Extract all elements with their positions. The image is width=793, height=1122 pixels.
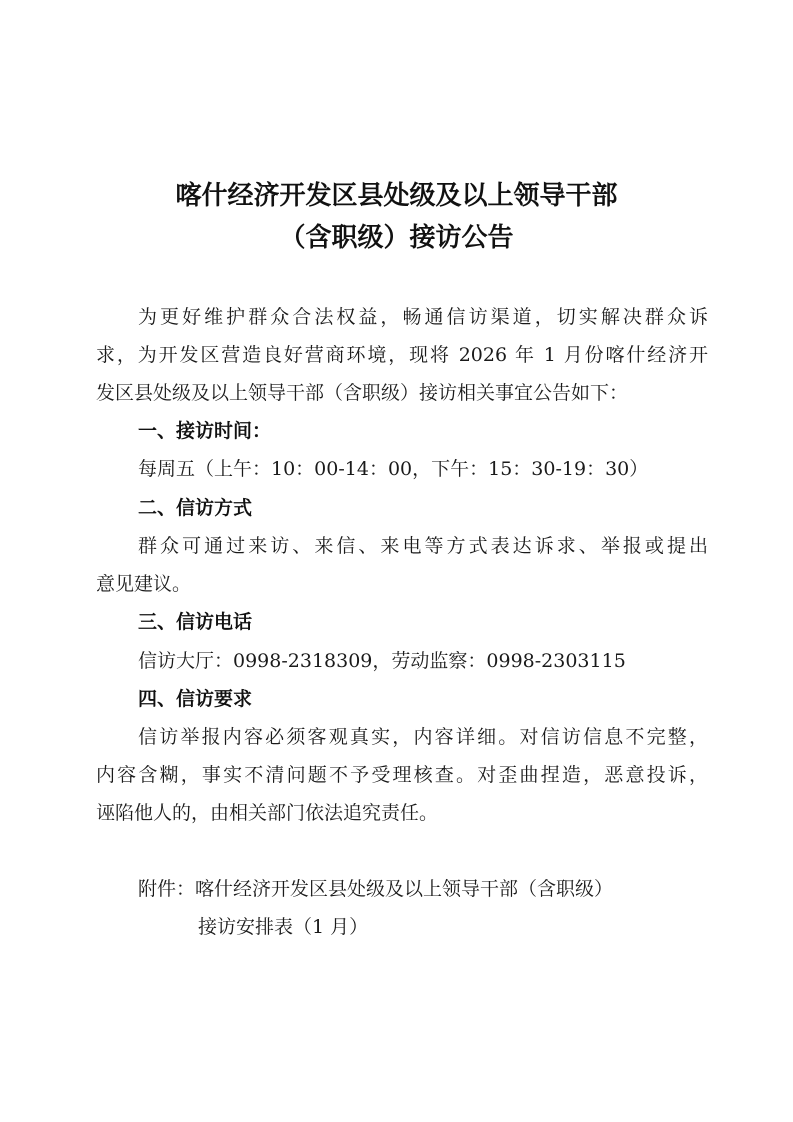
- petition-requirements-line-3: 诬陷他人的，由相关部门依法追究责任。: [96, 800, 438, 826]
- document-title-line-1: 喀什经济开发区县处级及以上领导干部: [0, 180, 793, 212]
- section-heading-petition-requirements: 四、信访要求: [138, 686, 252, 712]
- attachment-line-1: 附件：喀什经济开发区县处级及以上领导干部（含职级）: [138, 876, 613, 902]
- petition-requirements-line-1: 信访举报内容必须客观真实，内容详细。对信访信息不完整，: [138, 724, 708, 750]
- attachment-line-2: 接访安排表（1 月）: [198, 914, 368, 940]
- document-page: 喀什经济开发区县处级及以上领导干部 （含职级）接访公告 为更好维护群众合法权益，…: [0, 0, 793, 1122]
- document-title-line-2: （含职级）接访公告: [0, 222, 793, 254]
- petition-methods-line-1: 群众可通过来访、来信、来电等方式表达诉求、举报或提出: [138, 533, 708, 559]
- section-heading-reception-time: 一、接访时间：: [138, 418, 271, 444]
- intro-paragraph-line-2: 求，为开发区营造良好营商环境，现将 2026 年 1 月份喀什经济开: [96, 342, 708, 368]
- intro-paragraph-line-3: 发区县处级及以上领导干部（含职级）接访相关事宜公告如下：: [96, 380, 628, 406]
- reception-time-text: 每周五（上午：10：00-14：00，下午：15：30-19：30）: [138, 456, 648, 482]
- section-heading-petition-methods: 二、信访方式: [138, 495, 252, 521]
- petition-requirements-line-2: 内容含糊，事实不清问题不予受理核查。对歪曲捏造，恶意投诉，: [96, 762, 708, 788]
- petition-phone-numbers: 信访大厅：0998-2318309，劳动监察：0998-2303115: [138, 648, 626, 674]
- section-heading-petition-phone: 三、信访电话: [138, 609, 252, 635]
- petition-methods-line-2: 意见建议。: [96, 571, 191, 597]
- intro-paragraph-line-1: 为更好维护群众合法权益，畅通信访渠道，切实解决群众诉: [138, 304, 708, 330]
